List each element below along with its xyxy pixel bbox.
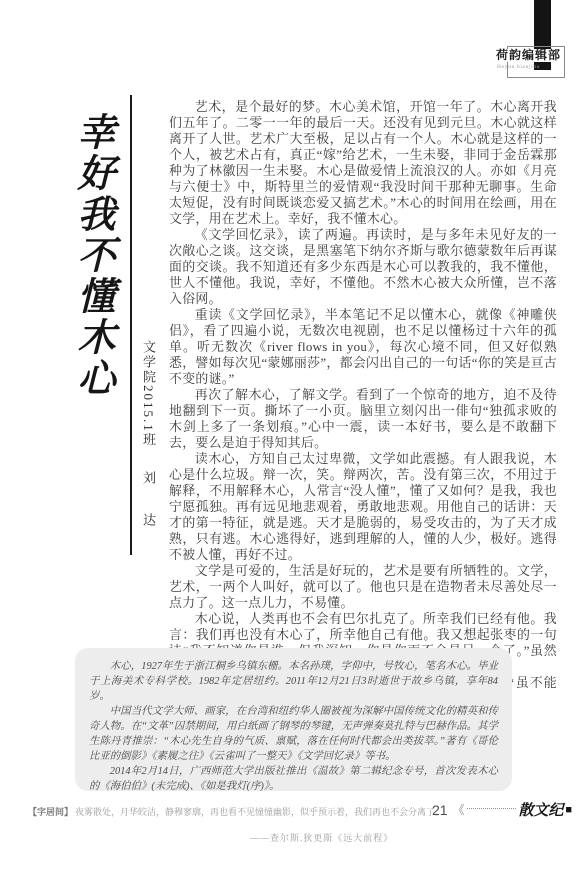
article-paragraph: 文学是可爱的，生活是好玩的，艺术是要有所牺牲的。文学，艺术，一两个人叫好，就可以…	[169, 563, 557, 611]
author-bio-box: 木心，1927年生于浙江桐乡乌镇东栅。本名孙璞，字仰中，号牧心，笔名木心。毕业于…	[75, 648, 512, 791]
dotted-leader	[467, 807, 517, 809]
article-paragraph: 《文学回忆录》，读了两遍。再读时，是与多年未见好友的一次敞心之谈。这交谈，是黑塞…	[169, 227, 557, 307]
footer-column-tag: 【字居间】	[28, 807, 73, 817]
article-title-calligraphy: 幸好我不懂木心	[66, 112, 121, 412]
page-info: 21 《 散文纪 ■	[432, 799, 572, 820]
article-body: 艺术，是个最好的梦。木心美术馆，开馆一年了。木心离开我们五年了。二零一一年的最后…	[169, 99, 557, 707]
editorial-stamp-title: 荷韵编辑部	[494, 49, 563, 62]
article-paragraph: 重读《文学回忆录》，半本笔记不足以懂木心，就像《神雕侠侣》，看了四遍小说，无数次…	[169, 307, 557, 387]
author-name: 刘 达	[141, 471, 156, 534]
article-paragraph: 艺术，是个最好的梦。木心美术馆，开馆一年了。木心离开我们五年了。二零一一年的最后…	[169, 99, 557, 227]
page-number: 21	[432, 802, 448, 818]
bio-paragraph: 中国当代文学大师、画家，在台湾和纽约华人圈被视为深解中国传统文化的精英和传奇人物…	[89, 704, 498, 764]
author-affiliation: 文学院2015.1班	[141, 340, 156, 448]
article-paragraph: 读木心，方知自己太过卑微，文学如此震撼。有人跟我说，木心是什么垃圾。辩一次，笑。…	[169, 451, 557, 563]
section-name-calligraphy: 散文纪	[518, 799, 563, 820]
article-paragraph: 再次了解木心，了解文学。看到了一个惊奇的地方，迫不及待地翻到下一页。撕坏了一小页…	[169, 387, 557, 451]
bio-paragraph: 木心，1927年生于浙江桐乡乌镇东栅。本名孙璞，字仰中，号牧心，笔名木心。毕业于…	[89, 659, 498, 704]
editorial-stamp-pinyin: Heyun bianjibu	[497, 63, 540, 69]
guillemet-mark: 《	[453, 801, 465, 818]
section-end-square-icon: ■	[565, 804, 572, 816]
author-column: 文学院2015.1班 刘 达	[139, 340, 158, 560]
footer-quote-attribution: ——查尔斯.狄更斯《远大前程》	[250, 831, 393, 844]
footer-quote-text: 夜雾散处，月华皎洁，静穆寥廓，再也看不见憧憧幽影，似乎预示着，我们再也不会分离了…	[75, 807, 444, 817]
title-divider-rule	[130, 95, 132, 555]
footer-quote-line: 【字居间】夜雾散处，月华皎洁，静穆寥廓，再也看不见憧憧幽影，似乎预示着，我们再也…	[28, 805, 436, 818]
magazine-page: 荷韵编辑部 Heyun bianjibu 幸好我不懂木心 文学院2015.1班 …	[0, 0, 586, 877]
bio-paragraph: 2014年2月14日，广西师范大学出版社推出《温故》第二辑纪念专号，首次发表木心…	[89, 764, 498, 794]
